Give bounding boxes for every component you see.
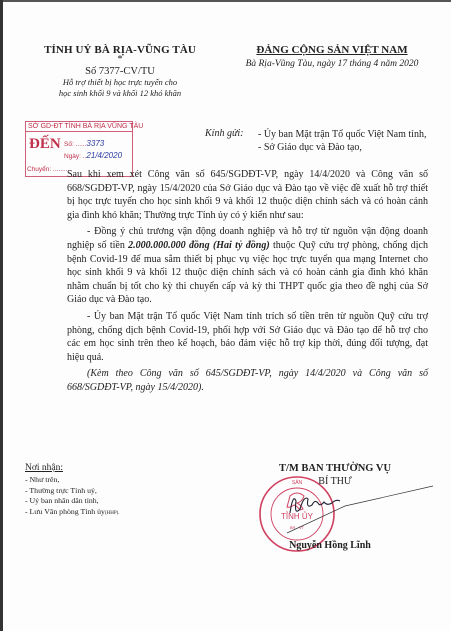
stamp-den-label: ĐẾN <box>29 136 61 153</box>
stamp-date-value: 21/4/2020 <box>86 151 122 160</box>
signer-name: Nguyễn Hồng Lĩnh <box>255 540 405 551</box>
para1-amount: 2.000.000.000 đồng (Hai tỷ đồng) <box>128 240 269 251</box>
recipient-item: - Sở Giáo dục và Đào tạo, <box>258 141 426 154</box>
stamp-date-row: Ngày: ..21/4/2020 <box>64 151 122 160</box>
stamp-number-label: Số: <box>64 141 74 148</box>
body-intro: Sau khi xem xét Công văn số 645/SGDĐT-VP… <box>67 168 428 222</box>
distribution-list: - Như trên, - Thường trực Tỉnh uỷ, - Uỷ … <box>25 475 120 519</box>
recipients-list: - Ủy ban Mặt trận Tổ quốc Việt Nam tỉnh,… <box>258 128 426 154</box>
document-number: Số 7377-CV/TU <box>40 66 200 77</box>
stamp-number-value: 3373 <box>86 139 104 148</box>
signature-on-behalf: T/M BAN THƯỜNG VỤ <box>255 463 415 474</box>
header-right: ĐẢNG CỘNG SẢN VIỆT NAM Bà Rịa-Vũng Tàu, … <box>232 44 432 69</box>
place-date: Bà Rịa-Vũng Tàu, ngày 17 tháng 4 năm 202… <box>232 59 432 69</box>
recipients-label: Kính gửi: <box>205 128 244 139</box>
signature-scribble-icon <box>285 478 435 538</box>
subject-line-1: Hỗ trợ thiết bị học trực tuyến cho <box>40 77 200 88</box>
distribution-item: - Thường trực Tỉnh uỷ, <box>25 486 120 497</box>
stamp-forward-row: Chuyển: .......... <box>27 166 71 173</box>
recipient-item: - Ủy ban Mặt trận Tổ quốc Việt Nam tỉnh, <box>258 128 426 141</box>
stamp-forward-label: Chuyển: <box>27 166 51 173</box>
document-page: TỈNH UỶ BÀ RỊA-VŨNG TÀU * Số 7377-CV/TU … <box>0 0 451 631</box>
scan-edge-top <box>0 0 451 2</box>
body-attachment-note: (Kèm theo Công văn số 645/SGDĐT-VP, ngày… <box>67 367 428 394</box>
scan-edge-left <box>0 0 3 631</box>
subject-line-2: học sinh khối 9 và khối 12 khó khăn <box>40 88 200 99</box>
distribution-item: - Như trên, <box>25 475 120 486</box>
document-body: Sau khi xem xét Công văn số 645/SGDĐT-VP… <box>67 168 428 398</box>
body-paragraph-2: - Ủy ban Mặt trận Tổ quốc Việt Nam tỉnh … <box>67 310 428 364</box>
stamp-agency: SỞ GD-ĐT TỈNH BÀ RỊA VŨNG TÀU <box>26 122 132 132</box>
body-paragraph-1: - Đồng ý chủ trương vận động doanh nghiệ… <box>67 225 428 307</box>
header-left: TỈNH UỶ BÀ RỊA-VŨNG TÀU * Số 7377-CV/TU … <box>40 44 200 99</box>
stamp-date-label: Ngày: <box>64 153 81 160</box>
distribution-label: Nơi nhận: <box>25 463 63 473</box>
distribution-item: - Lưu Văn phòng Tỉnh ủy(HHP). <box>25 507 120 520</box>
body-intro-text: Sau khi xem xét Công văn số 645/SGDĐT-VP… <box>67 169 428 221</box>
star-symbol: * <box>40 56 200 64</box>
distribution-item: - Uỷ ban nhân dân tỉnh, <box>25 496 120 507</box>
distribution-suffix: (HHP). <box>105 511 120 516</box>
stamp-number-row: Số: ......3373 <box>64 139 104 148</box>
party-title: ĐẢNG CỘNG SẢN VIỆT NAM <box>232 44 432 56</box>
distribution-item-text: - Lưu Văn phòng Tỉnh ủy <box>25 507 105 516</box>
